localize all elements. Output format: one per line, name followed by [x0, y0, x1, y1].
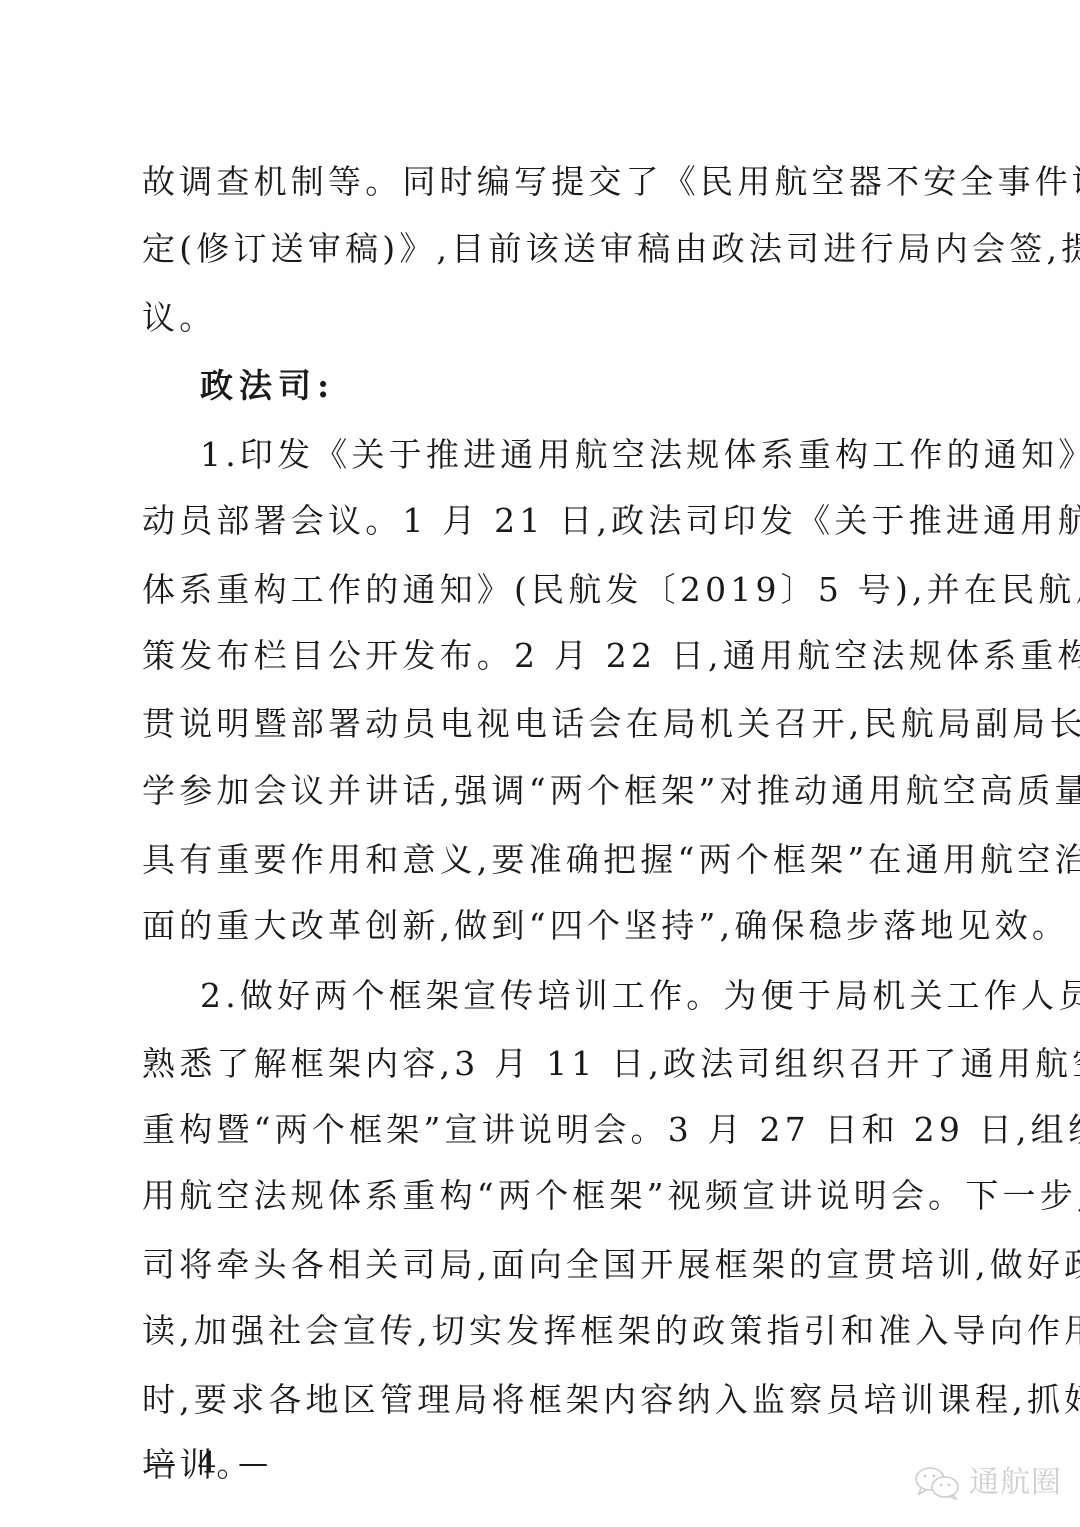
text-line: 面的重大改革创新,做到“四个坚持”,确保稳步落地见效。: [142, 906, 942, 946]
text-line: 定(修订送审稿)》,目前该送审稿由政法司进行局内会签,提请审: [142, 229, 942, 269]
section-heading: 政法司:: [200, 366, 942, 406]
text-line: 学参加会议并讲话,强调“两个框架”对推动通用航空高质量发展: [142, 771, 942, 811]
text-line: 时,要求各地区管理局将框架内容纳入监察员培训课程,抓好专题: [142, 1380, 942, 1420]
text-line: 故调查机制等。同时编写提交了《民用航空器不安全事件调查规: [142, 162, 942, 202]
page-number: — 4 —: [146, 1446, 274, 1482]
text-line: 用航空法规体系重构“两个框架”视频宣讲说明会。下一步,政法: [142, 1176, 942, 1216]
text-line: 重构暨“两个框架”宣讲说明会。3 月 27 日和 29 日,组织两期通: [142, 1110, 942, 1150]
text-line: 策发布栏目公开发布。2 月 22 日,通用航空法规体系重构工作宣: [142, 636, 942, 676]
text-line: 2.做好两个框架宣传培训工作。为便于局机关工作人员尽快: [200, 976, 942, 1016]
text-line: 具有重要作用和意义,要准确把握“两个框架”在通用航空治理方: [142, 840, 942, 880]
text-line: 读,加强社会宣传,切实发挥框架的政策指引和准入导向作用。同: [142, 1311, 942, 1351]
watermark: 通航圈: [913, 1466, 1062, 1500]
text-line: 贯说明暨部署动员电视电话会在局机关召开,民航局副局长吕尔: [142, 704, 942, 744]
text-line: 议。: [142, 298, 942, 338]
text-line: 体系重构工作的通知》(民航发〔2019〕5 号),并在民航局网站政: [142, 570, 942, 610]
text-line: 1.印发《关于推进通用航空法规体系重构工作的通知》并召开: [200, 435, 942, 475]
text-line: 动员部署会议。1 月 21 日,政法司印发《关于推进通用航空法规: [142, 501, 942, 541]
text-line: 熟悉了解框架内容,3 月 11 日,政法司组织召开了通用航空法规: [142, 1044, 942, 1084]
document-page: 故调查机制等。同时编写提交了《民用航空器不安全事件调查规定(修订送审稿)》,目前…: [0, 0, 1080, 1527]
wechat-icon: [913, 1466, 963, 1500]
text-line: 司将牵头各相关司局,面向全国开展框架的宣贯培训,做好政策解: [142, 1245, 942, 1285]
watermark-text: 通航圈: [969, 1466, 1062, 1500]
